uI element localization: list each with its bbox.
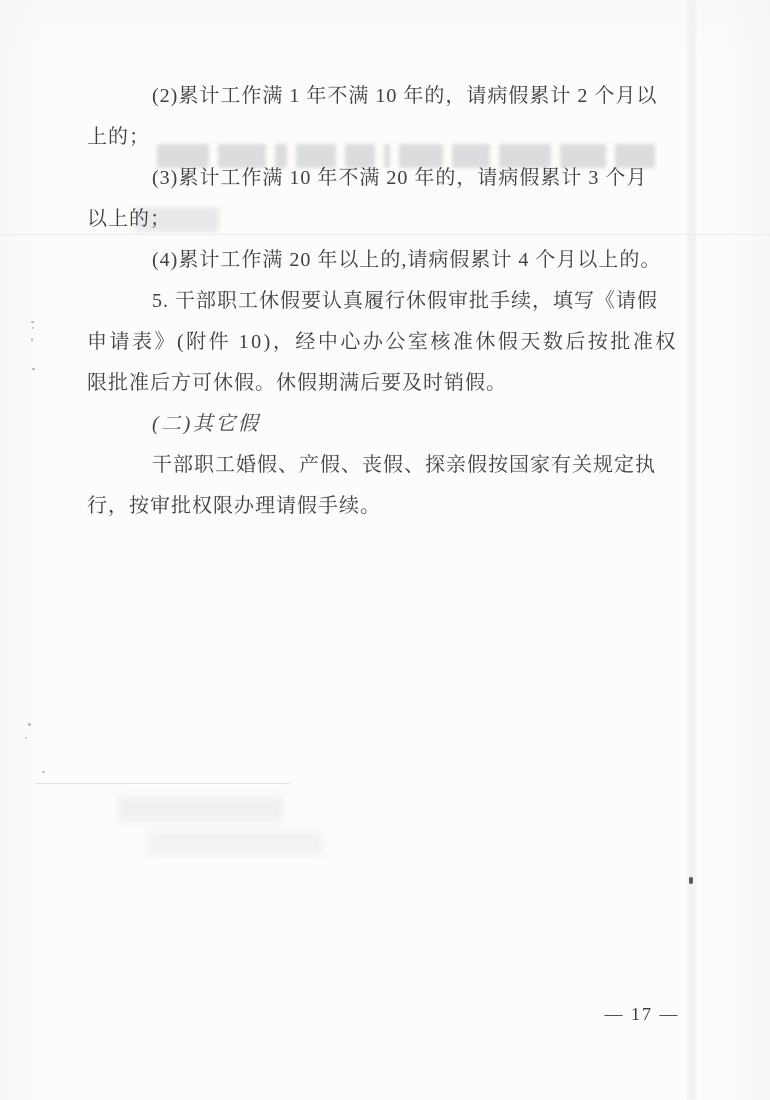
bleed-through-artifact — [118, 796, 283, 822]
paragraph-line: 限批准后方可休假。休假期满后要及时销假。 — [87, 363, 727, 404]
scan-speck — [32, 368, 35, 370]
scan-speck — [42, 771, 45, 773]
paragraph-line: 干部职工婚假、产假、丧假、探亲假按国家有关规定执 — [87, 445, 727, 486]
bleed-through-artifact — [148, 831, 323, 855]
subsection-heading: (二)其它假 — [87, 404, 727, 445]
scan-speck — [32, 327, 34, 329]
paragraph-line: (2)累计工作满 1 年不满 10 年的，请病假累计 2 个月以 — [87, 76, 727, 117]
page-number: — 17 — — [592, 1004, 692, 1025]
scan-speck — [31, 338, 33, 341]
document-body: (2)累计工作满 1 年不满 10 年的，请病假累计 2 个月以 上的； (3)… — [87, 76, 727, 527]
paragraph-line: 以上的； — [87, 199, 727, 240]
paragraph-line: (3)累计工作满 10 年不满 20 年的，请病假累计 3 个月 — [87, 158, 727, 199]
ink-speck — [689, 877, 693, 884]
paragraph-line: (4)累计工作满 20 年以上的,请病假累计 4 个月以上的。 — [87, 240, 727, 281]
scan-speck — [28, 723, 31, 726]
scan-streak — [35, 783, 290, 784]
scan-speck — [25, 737, 27, 739]
scan-speck — [31, 321, 34, 323]
paragraph-line: 上的； — [87, 117, 727, 158]
paragraph-line: 行，按审批权限办理请假手续。 — [87, 486, 727, 527]
document-page: (2)累计工作满 1 年不满 10 年的，请病假累计 2 个月以 上的； (3)… — [0, 0, 770, 1100]
paragraph-line: 申请表》(附件 10)，经中心办公室核准休假天数后按批准权 — [87, 322, 727, 363]
paragraph-line: 5. 干部职工休假要认真履行休假审批手续，填写《请假 — [87, 281, 727, 322]
